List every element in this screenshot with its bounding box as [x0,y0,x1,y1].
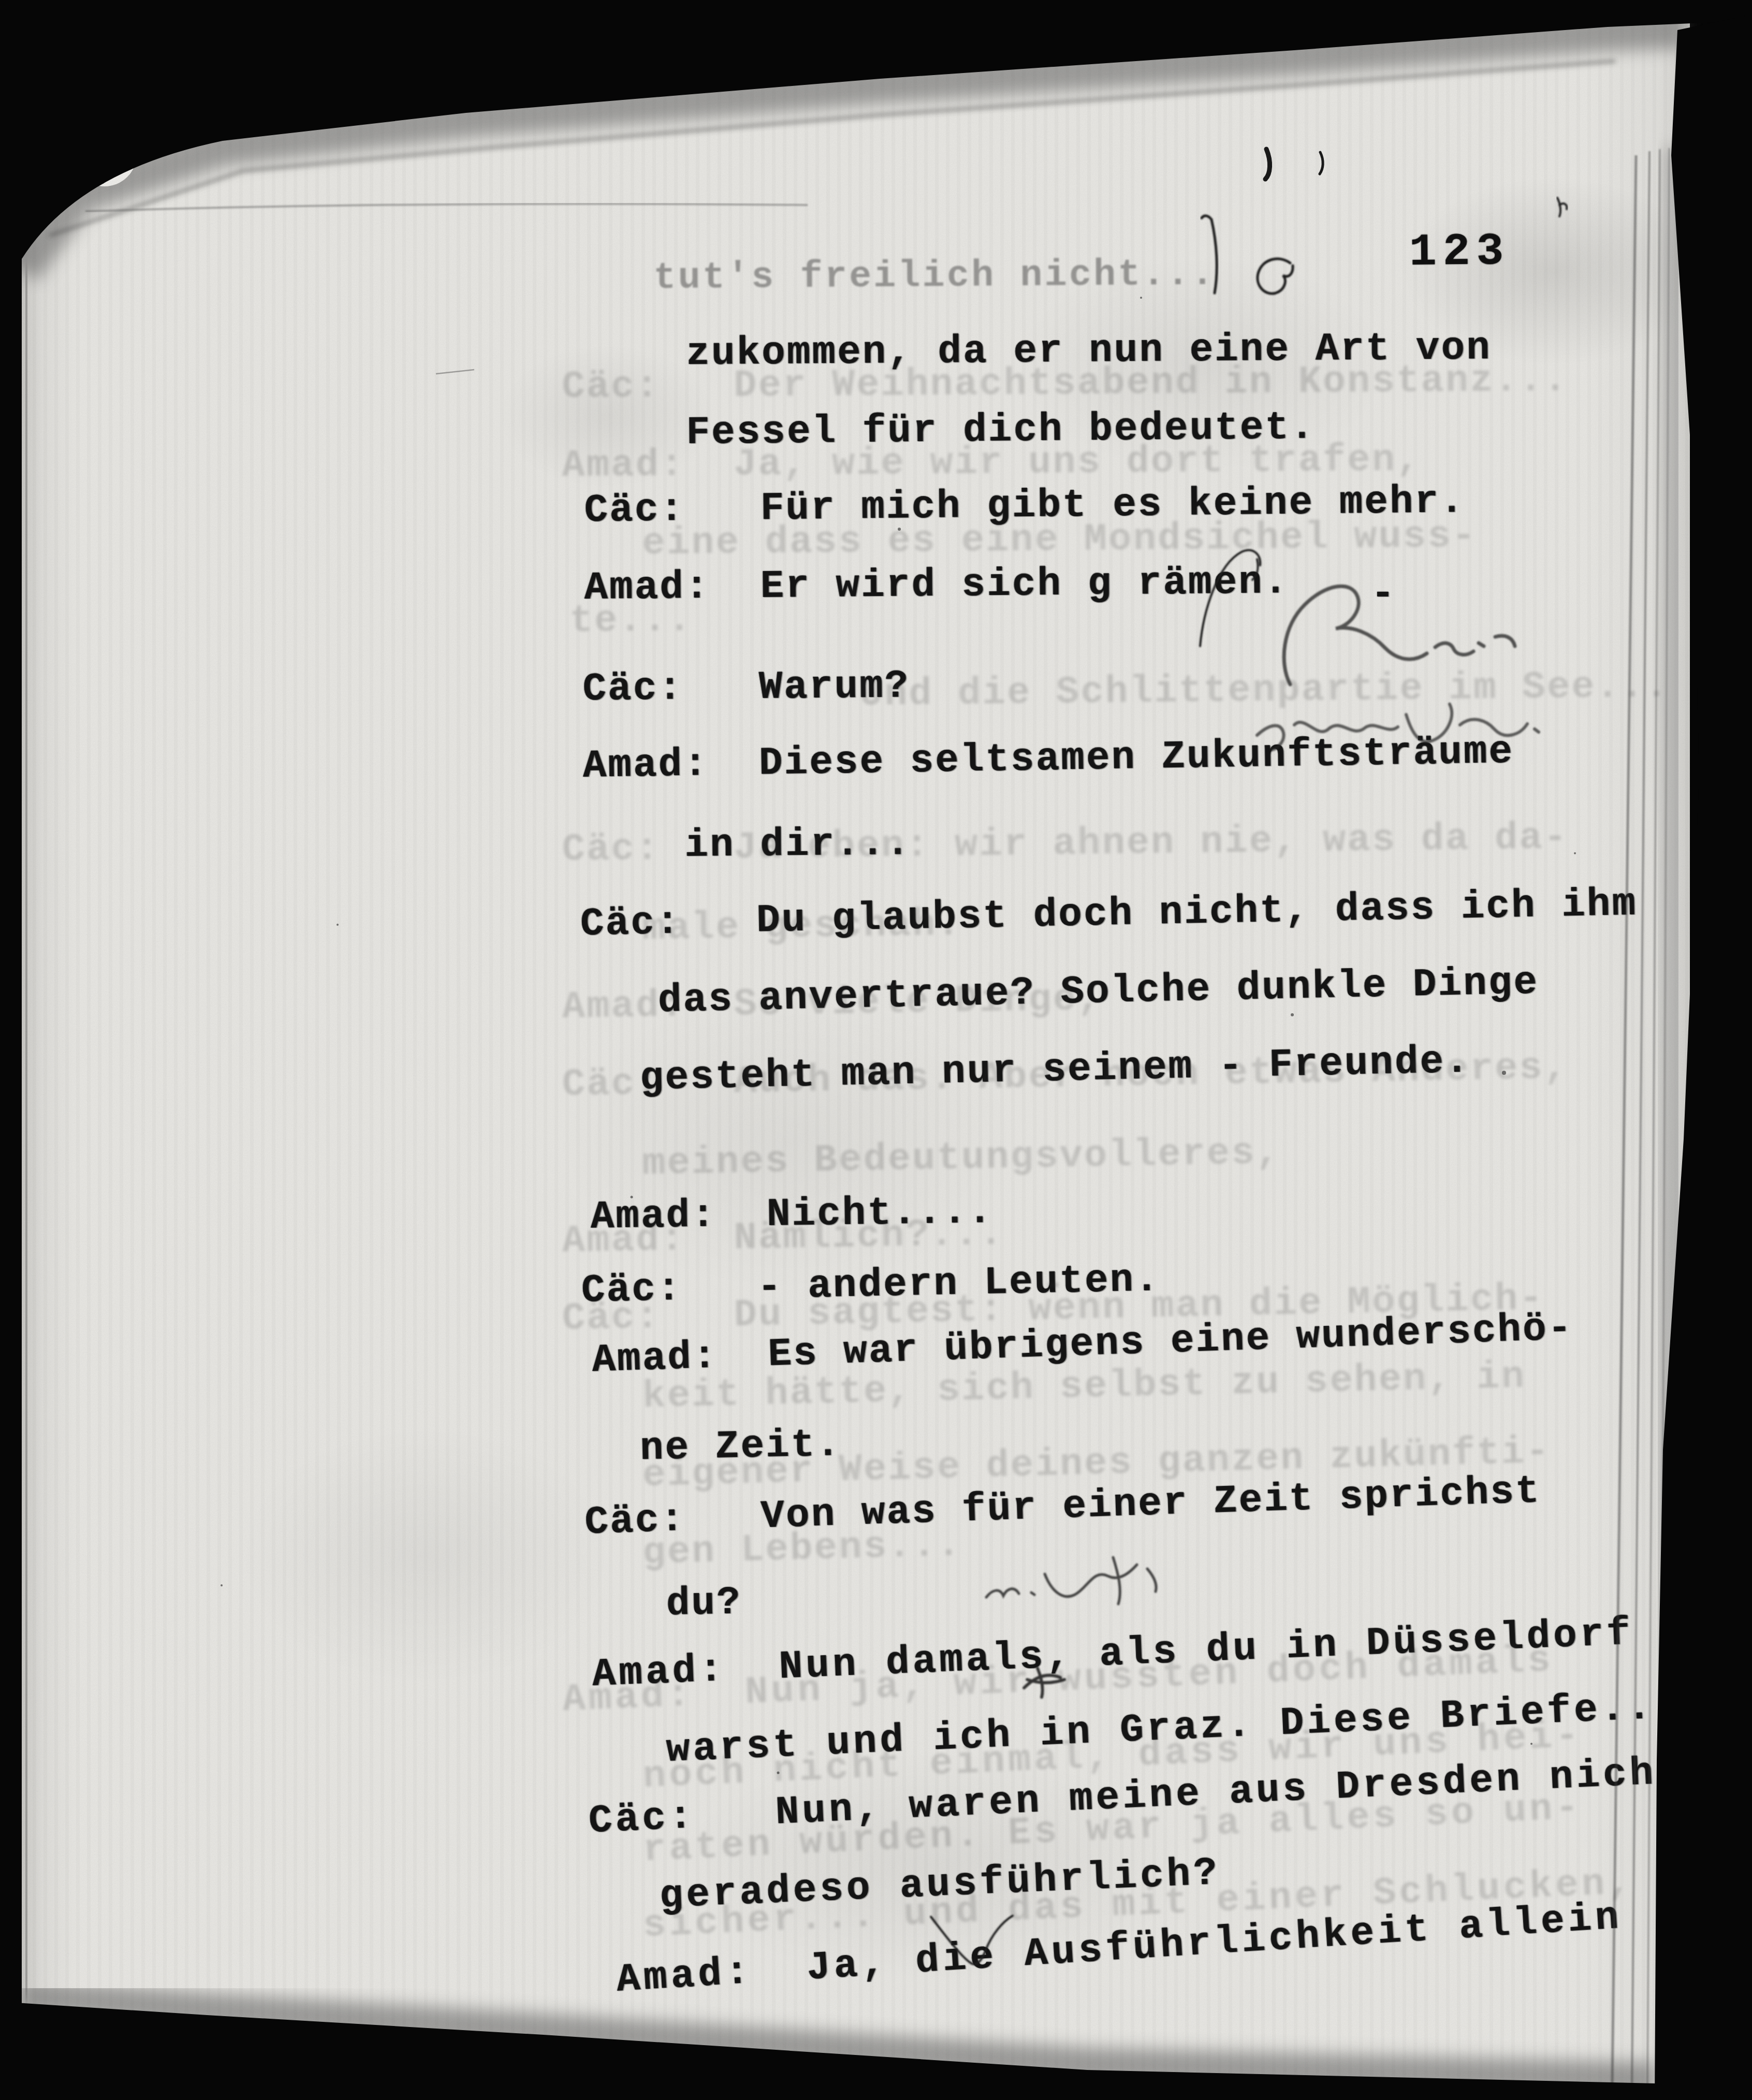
text-layer: tut's freilich nicht...zukommen, da er n… [0,0,1752,2100]
typed-line: du? [666,1580,742,1626]
scanned-typescript-page: { "meta": { "document_kind": "scanned ty… [0,0,1752,2100]
ghost-bleedthrough-line: Amad: Ja, wie wir uns dort trafen, [562,438,1421,488]
ghost-bleedthrough-line: male geschah. [642,902,961,951]
typed-line: - [1371,572,1396,616]
ghost-bleedthrough-line: eine dass es eine Mondsichel wuss- [642,515,1477,565]
ghost-bleedthrough-line: Und die Schlittenpartie im See... [859,665,1670,717]
ghost-bleedthrough-line: gen Lebens... [642,1523,962,1575]
ghost-bleedthrough-line: te... [570,599,693,643]
faint-typed-line: tut's freilich nicht... [653,253,1216,299]
ghost-bleedthrough-line: meines Bedeutungsvolleres, [642,1131,1281,1185]
ghost-bleedthrough-line: Cäc: Der Weihnachtsabend in Konstanz... [562,358,1568,409]
ghost-bleedthrough-line: Amad: Nämlich?... [562,1212,1004,1263]
ghost-bleedthrough-line: Amad: So viele Dinge, [562,978,1102,1029]
typed-line: Amad: Diese seltsamen Zukunftsträume [582,730,1514,789]
